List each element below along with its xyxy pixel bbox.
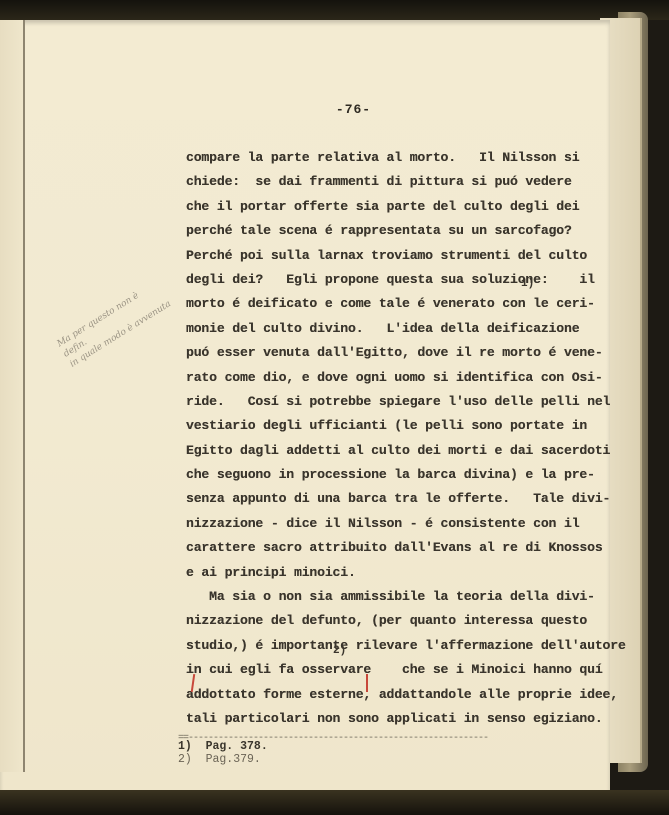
footnote-marker-1: 1) xyxy=(521,278,534,290)
text-line: puó esser venuta dall'Egitto, dove il re… xyxy=(186,341,606,365)
text-line: carattere sacro attribuito dall'Evans al… xyxy=(186,536,606,560)
text-line: e ai principi minoici. xyxy=(186,561,606,585)
text-line: studio,) é importante rilevare l'afferma… xyxy=(186,634,606,658)
text-line: che il portar offerte sia parte del cult… xyxy=(186,195,606,219)
footnote: 2) Pag.379. xyxy=(178,753,268,766)
text-line: chiede: se dai frammenti di pittura si p… xyxy=(186,170,606,194)
text-line: addottato forme esterne, addattandole al… xyxy=(186,683,606,707)
body-text: compare la parte relativa al morto. Il N… xyxy=(186,146,606,731)
red-correction-mark xyxy=(366,674,368,692)
book-bottom-edge xyxy=(0,790,669,815)
text-line: degli dei? Egli propone questa sua soluz… xyxy=(186,268,606,292)
text-line: Egitto dagli addetti al culto dei morti … xyxy=(186,439,606,463)
text-line: Perché poi sulla larnax troviamo strumen… xyxy=(186,244,606,268)
text-line: tali particolari non sono applicati in s… xyxy=(186,707,606,731)
text-line: compare la parte relativa al morto. Il N… xyxy=(186,146,606,170)
text-line: vestiario degli ufficianti (le pelli son… xyxy=(186,414,606,438)
text-line: monie del culto divino. L'idea della dei… xyxy=(186,317,606,341)
page-number: -76- xyxy=(0,102,669,117)
footnote-marker-2: 2) xyxy=(333,645,346,657)
text-line: senza appunto di una barca tra le offert… xyxy=(186,487,606,511)
book-gutter xyxy=(23,20,25,772)
footnotes: 1) Pag. 378. 2) Pag.379. xyxy=(178,740,268,766)
footnote: 1) Pag. 378. xyxy=(178,740,268,753)
text-line: nizzazione - dice il Nilsson - é consist… xyxy=(186,512,606,536)
text-line: Ma sia o non sia ammissibile la teoria d… xyxy=(186,585,606,609)
text-line: ride. Cosí si potrebbe spiegare l'uso de… xyxy=(186,390,606,414)
book-top-edge xyxy=(0,0,669,20)
text-line: morto é deificato e come tale é venerato… xyxy=(186,292,606,316)
text-line: in cui egli fa osservare che se i Minoic… xyxy=(186,658,606,682)
text-line: rato come dio, e dove ogni uomo si ident… xyxy=(186,366,606,390)
text-line: nizzazione del defunto, (per quanto inte… xyxy=(186,609,606,633)
text-line: perché tale scena é rappresentata su un … xyxy=(186,219,606,243)
text-line: che seguono in processione la barca divi… xyxy=(186,463,606,487)
previous-page-edge xyxy=(0,20,23,772)
